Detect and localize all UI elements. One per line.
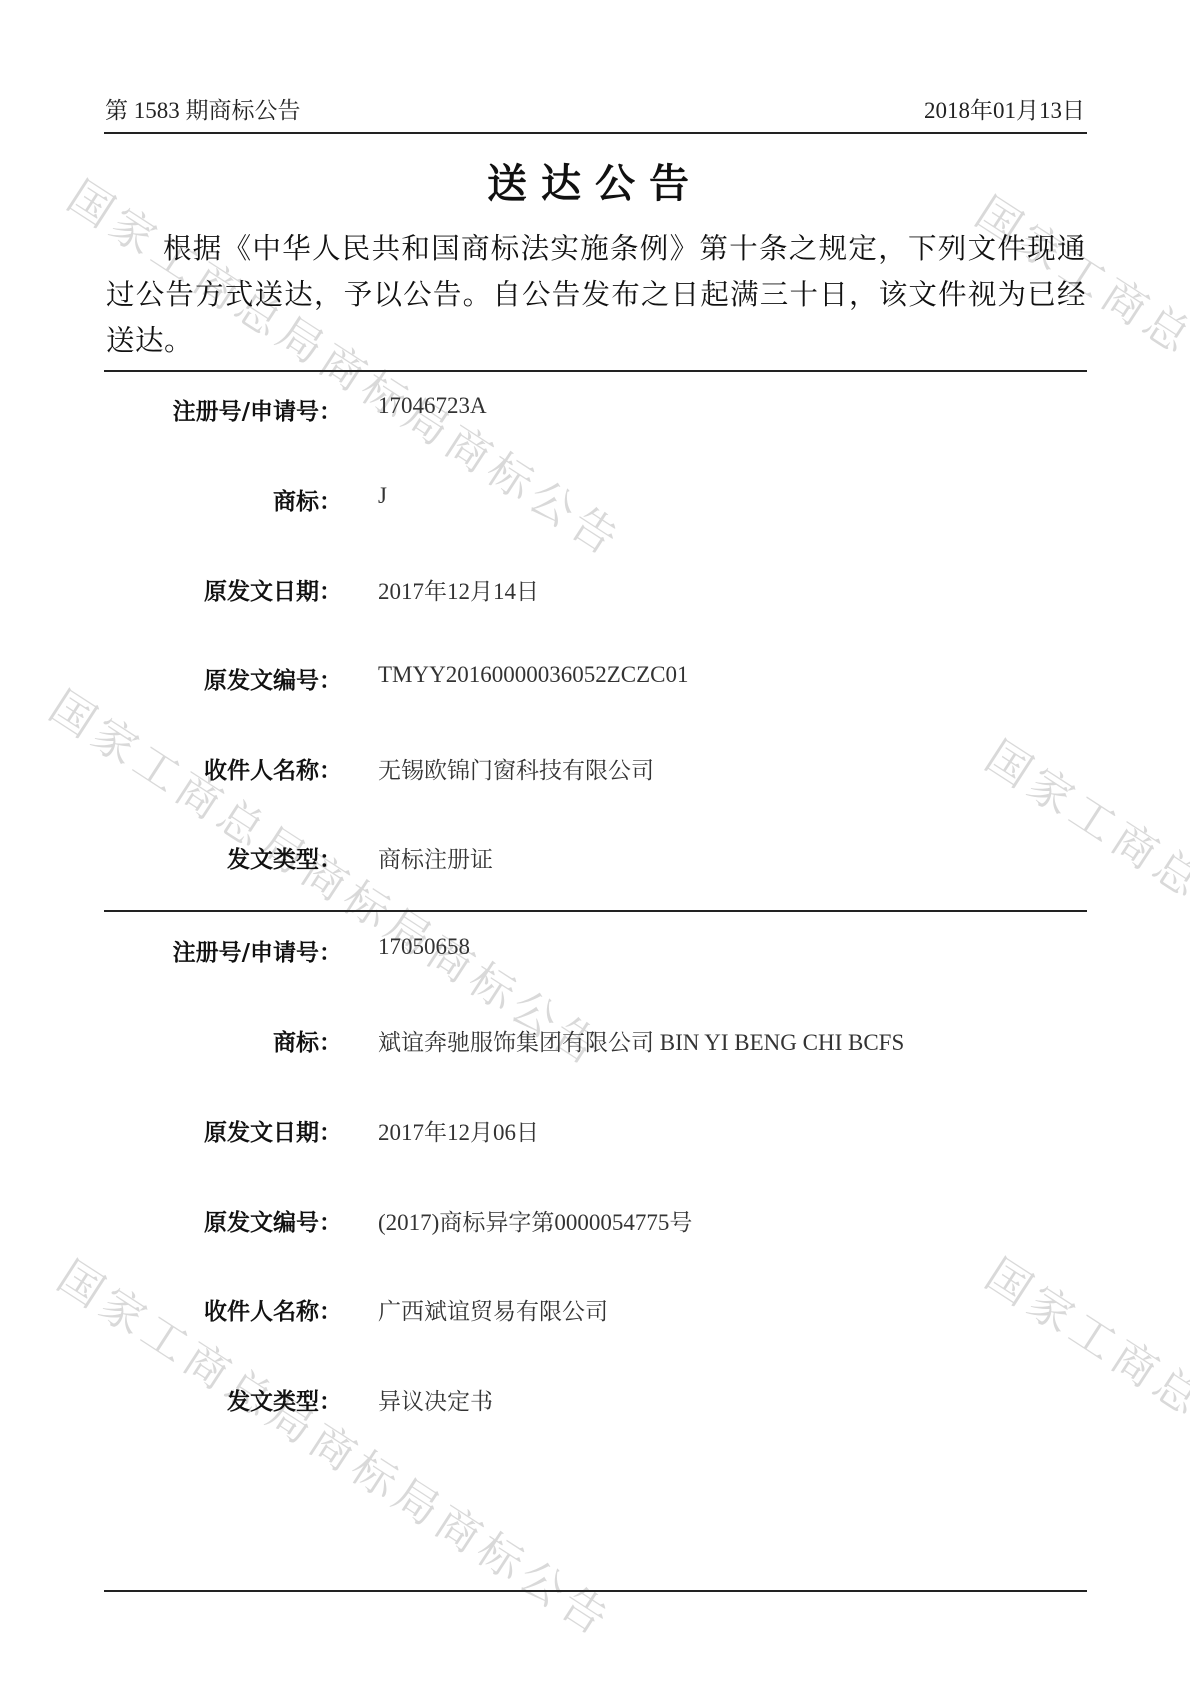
field-label: 注册号/申请号：: [173, 934, 342, 967]
watermark: 国家工商总: [975, 722, 1190, 912]
field-label: 注册号/申请号：: [173, 393, 342, 426]
record-field-recipient: 收件人名称： 无锡欧锦门窗科技有限公司: [0, 752, 1190, 792]
issue-number: 第 1583 期商标公告: [105, 92, 301, 125]
record-field-original-doc-number: 原发文编号： TMYY20160000036052ZCZC01: [0, 662, 1190, 702]
field-value: 斌谊奔驰服饰集团有限公司 BIN YI BENG CHI BCFS: [378, 1024, 904, 1057]
field-label: 原发文编号：: [204, 662, 342, 695]
field-label: 收件人名称：: [204, 752, 342, 785]
field-label: 原发文日期：: [204, 1114, 342, 1147]
intro-paragraph: 根据《中华人民共和国商标法实施条例》第十条之规定，下列文件现通过公告方式送达，予…: [106, 226, 1086, 364]
field-label: 发文类型：: [227, 1383, 342, 1416]
record-field-registration-number: 注册号/申请号： 17046723A: [0, 393, 1190, 433]
field-value: 2017年12月14日: [378, 573, 539, 606]
field-value: 17046723A: [378, 393, 487, 419]
field-label: 原发文编号：: [204, 1204, 342, 1237]
field-value: (2017)商标异字第0000054775号: [378, 1204, 692, 1237]
section-divider: [104, 370, 1087, 372]
record-field-original-date: 原发文日期： 2017年12月14日: [0, 573, 1190, 613]
header-divider: [104, 132, 1087, 134]
field-value: 广西斌谊贸易有限公司: [378, 1293, 608, 1326]
field-value: 2017年12月06日: [378, 1114, 539, 1147]
record-field-recipient: 收件人名称： 广西斌谊贸易有限公司: [0, 1293, 1190, 1333]
page-header: 第 1583 期商标公告 2018年01月13日: [105, 92, 1085, 128]
record-field-doc-type: 发文类型： 异议决定书: [0, 1383, 1190, 1423]
field-value: TMYY20160000036052ZCZC01: [378, 662, 689, 688]
record-divider: [104, 910, 1087, 912]
page-title: 送达公告: [0, 152, 1190, 209]
footer-divider: [104, 1590, 1087, 1592]
issue-date: 2018年01月13日: [924, 92, 1085, 125]
record-field-trademark: 商标： 斌谊奔驰服饰集团有限公司 BIN YI BENG CHI BCFS: [0, 1024, 1190, 1064]
field-value: 商标注册证: [378, 841, 493, 874]
record-field-doc-type: 发文类型： 商标注册证: [0, 841, 1190, 881]
field-label: 商标：: [273, 1024, 342, 1057]
record-field-original-date: 原发文日期： 2017年12月06日: [0, 1114, 1190, 1154]
record-field-original-doc-number: 原发文编号： (2017)商标异字第0000054775号: [0, 1204, 1190, 1244]
field-label: 收件人名称：: [204, 1293, 342, 1326]
field-label: 商标：: [273, 483, 342, 516]
record-field-registration-number: 注册号/申请号： 17050658: [0, 934, 1190, 974]
field-value: 17050658: [378, 934, 470, 960]
announcement-page: 国家工商总局商标局商标公告 国家工商总局商标局商标公告 国家工商总局商标局商标公…: [0, 0, 1190, 1684]
field-label: 发文类型：: [227, 841, 342, 874]
field-value: J: [378, 483, 387, 509]
field-value: 异议决定书: [378, 1383, 493, 1416]
field-label: 原发文日期：: [204, 573, 342, 606]
record-field-trademark: 商标： J: [0, 483, 1190, 523]
field-value: 无锡欧锦门窗科技有限公司: [378, 752, 654, 785]
